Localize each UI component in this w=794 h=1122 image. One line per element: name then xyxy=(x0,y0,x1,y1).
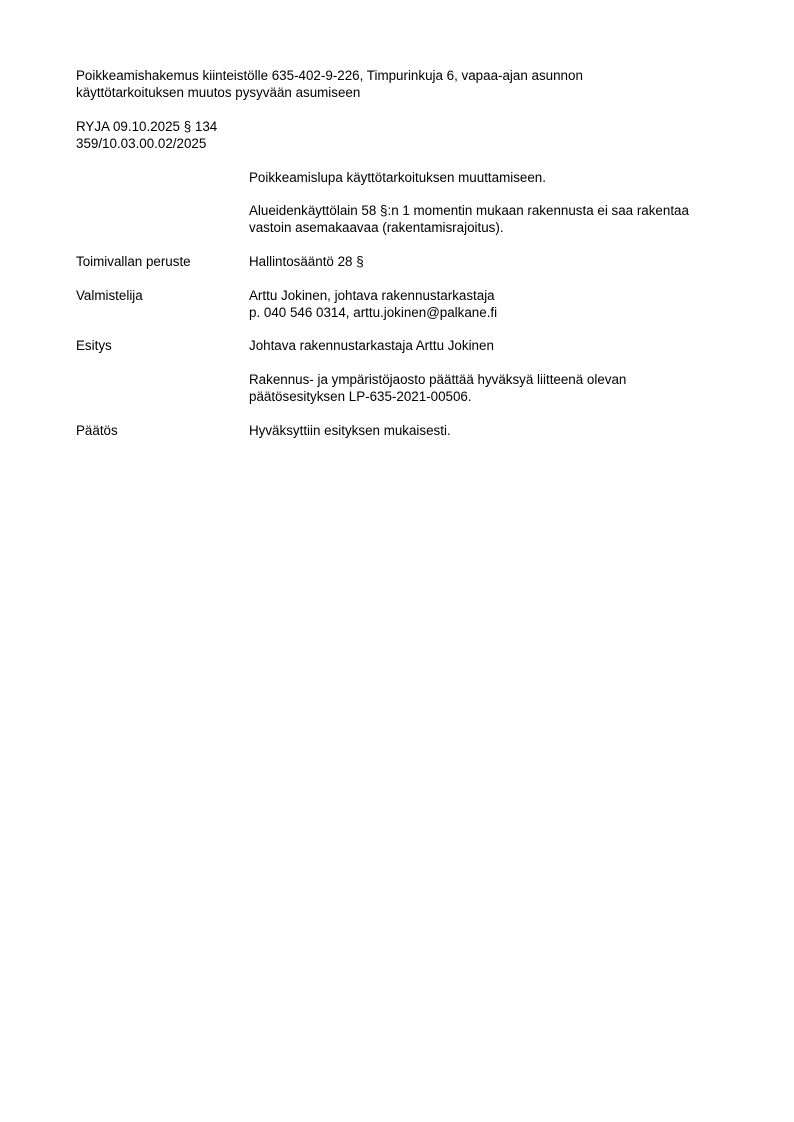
preparer-name: Arttu Jokinen, johtava rakennustarkastaj… xyxy=(249,287,495,304)
authority-label: Toimivallan peruste xyxy=(76,253,191,270)
proposal-label: Esitys xyxy=(76,337,112,354)
proposal-text-line-2: päätösesityksen LP-635-2021-00506. xyxy=(249,388,472,405)
intro-paragraph-2-line-2: vastoin asemakaavaa (rakentamisrajoitus)… xyxy=(249,219,504,236)
intro-paragraph-2-line-1: Alueidenkäyttölain 58 §:n 1 momentin muk… xyxy=(249,202,689,219)
diary-number: 359/10.03.00.02/2025 xyxy=(76,135,206,152)
intro-paragraph-1: Poikkeamislupa käyttötarkoituksen muutta… xyxy=(249,169,546,186)
preparer-contact: p. 040 546 0314, arttu.jokinen@palkane.f… xyxy=(249,304,497,321)
preparer-label: Valmistelija xyxy=(76,287,143,304)
meeting-reference: RYJA 09.10.2025 § 134 xyxy=(76,118,217,135)
document-title-line-2: käyttötarkoituksen muutos pysyvään asumi… xyxy=(76,84,360,101)
proposal-presenter: Johtava rakennustarkastaja Arttu Jokinen xyxy=(249,337,494,354)
document-title-line-1: Poikkeamishakemus kiinteistölle 635-402-… xyxy=(76,67,583,84)
decision-value: Hyväksyttiin esityksen mukaisesti. xyxy=(249,422,451,439)
decision-label: Päätös xyxy=(76,422,118,439)
proposal-text-line-1: Rakennus- ja ympäristöjaosto päättää hyv… xyxy=(249,371,626,388)
authority-value: Hallintosääntö 28 § xyxy=(249,253,364,270)
